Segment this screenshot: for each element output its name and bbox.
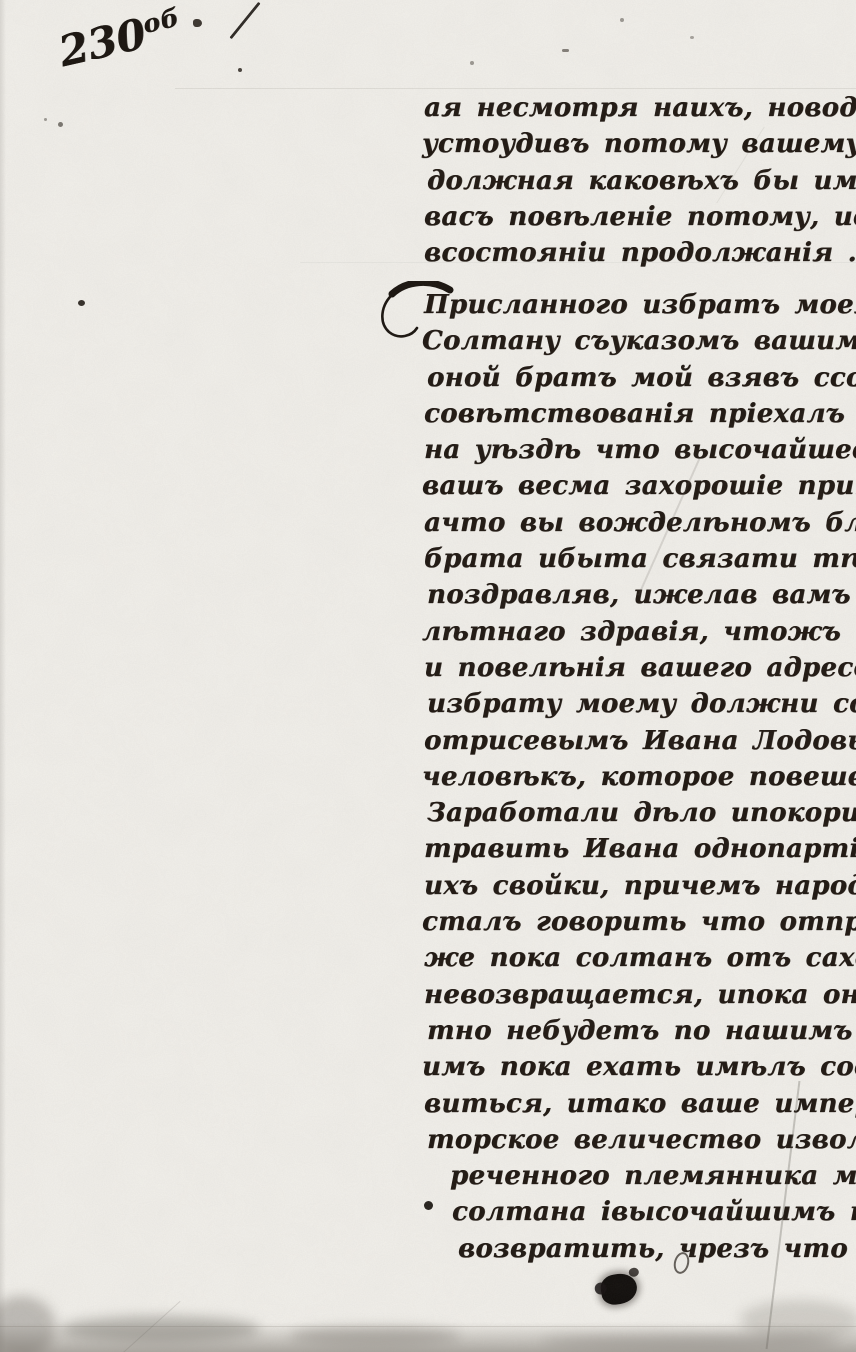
scan-streak [300, 262, 856, 263]
manuscript-line: вашъ весма захорошіе приточлив [422, 468, 856, 504]
manuscript-line: травить Ивана однопартію во [424, 831, 856, 867]
ink-speck [44, 118, 47, 121]
manuscript-line: отрисевымъ Ивана Лодовыхъ соот [424, 723, 856, 759]
ink-speck [193, 19, 202, 27]
bottom-shade [0, 1322, 856, 1352]
manuscript-line: тно небудетъ по нашимъ браздѣ [427, 1013, 856, 1049]
manuscript-line: Заработали дѣло ипокорили о— [427, 795, 856, 831]
manuscript-line: солтана івысочайшимъ повелѣніе [452, 1194, 856, 1230]
manuscript-line: Присланного избратъ моемъ дра [424, 287, 856, 323]
margin-dot [424, 1201, 433, 1210]
manuscript-line: избрату моему должни совѣтамъ [427, 686, 856, 722]
manuscript-line: васъ повѣленіе потому, исполнить [424, 199, 856, 235]
pen-slash-mark [229, 2, 260, 40]
manuscript-line: должная каковѣхъ бы имѣ будетъ сои [427, 163, 856, 199]
manuscript-line: виться, итако ваше импера [424, 1086, 856, 1122]
manuscript-line: же пока солтанъ отъ сахдаки ещ [424, 940, 856, 976]
scan-streak [175, 88, 856, 89]
ink-speck [690, 36, 694, 39]
manuscript-line: человѣкъ, которое повешеніе изъ [422, 759, 856, 795]
manuscript-line: невозвращается, ипока онъ бра [424, 977, 856, 1013]
manuscript-line: брата ибыта связати тѣмъ васъ [424, 541, 856, 577]
ink-blot [599, 1272, 639, 1307]
folio-suffix: об [140, 3, 182, 40]
ink-speck [562, 49, 569, 52]
page-sheet: 230об ая несмотря наихъ, новоднителнно у… [0, 0, 856, 1352]
manuscript-line: Солтану съуказомъ вашимъ свои [422, 323, 856, 359]
paragraph-main: Присланного избратъ моемъ дра Солтану съ… [424, 287, 856, 1267]
page-edge-shade [0, 0, 6, 1352]
manuscript-line: оной братъ мой взявъ ссобою акад [427, 360, 856, 396]
ink-speck [470, 61, 474, 65]
manuscript-line: устоудивъ потому вашему указ [422, 126, 856, 162]
folio-number: 230об [54, 1, 186, 77]
ink-speck [238, 68, 242, 72]
manuscript-line: ачто вы вожделѣномъ благополучіи [424, 505, 856, 541]
manuscript-line: всостояніи продолжанія ., [424, 235, 856, 271]
folio-main: 230 [54, 9, 150, 76]
ink-speck [58, 122, 63, 127]
manuscript-line: совѣтствованія пріехалъ комнѣ — [424, 396, 856, 432]
manuscript-line: сталъ говорить что отправленн [422, 904, 856, 940]
manuscript-line: и повелѣнія вашего адресованног [424, 650, 856, 686]
manuscript-line: на уѣздѣ что высочайшее повелѣні [424, 432, 856, 468]
manuscript-line: ихъ свойки, причемъ народъ нашъ [424, 868, 856, 904]
manuscript-line: возвратить, чрезъ что ѡ — [458, 1231, 856, 1267]
manuscript-line: ая несмотря наихъ, новоднителнно [424, 90, 856, 126]
ink-speck [78, 300, 85, 306]
manuscript-line: лѣтнаго здравія, чтожъ касаетс [422, 614, 856, 650]
ink-speck [620, 18, 624, 22]
paragraph-opening: ая несмотря наихъ, новоднителнно устоуди… [424, 90, 856, 271]
manuscript-line: реченного племянника моего Сахдаки [450, 1158, 856, 1194]
manuscript-line: поздравляв, ижелав вамъ многа [427, 577, 856, 613]
manuscript-line: имъ пока ехать имѣлъ состано [422, 1049, 856, 1085]
